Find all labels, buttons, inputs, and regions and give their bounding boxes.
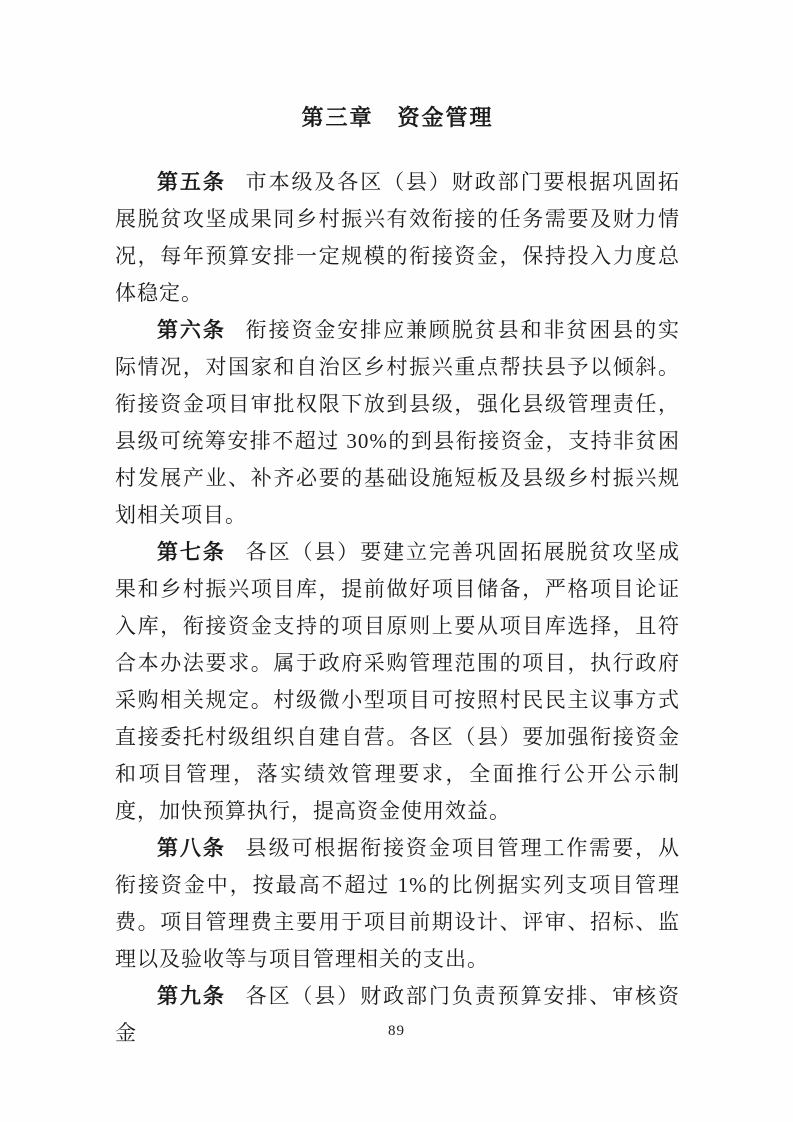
article-paragraph-8: 第八条县级可根据衔接资金项目管理工作需要，从衔接资金中，按最高不超过 1%的比例… bbox=[115, 830, 680, 978]
article-number-7: 第七条 bbox=[157, 540, 226, 564]
article-text-6: 衔接资金安排应兼顾脱贫县和非贫困县的实际情况，对国家和自治区乡村振兴重点帮扶县予… bbox=[115, 318, 680, 527]
article-paragraph-7: 第七条各区（县）要建立完善巩固拓展脱贫攻坚成果和乡村振兴项目库，提前做好项目储备… bbox=[115, 534, 680, 830]
article-paragraph-6: 第六条衔接资金安排应兼顾脱贫县和非贫困县的实际情况，对国家和自治区乡村振兴重点帮… bbox=[115, 312, 680, 534]
article-text-7: 各区（县）要建立完善巩固拓展脱贫攻坚成果和乡村振兴项目库，提前做好项目储备，严格… bbox=[115, 540, 680, 823]
page-content: 第三章 资金管理 第五条市本级及各区（县）财政部门要根据巩固拓展脱贫攻坚成果同乡… bbox=[115, 0, 680, 1052]
article-number-8: 第八条 bbox=[157, 836, 226, 860]
article-number-6: 第六条 bbox=[157, 318, 226, 342]
article-number-9: 第九条 bbox=[157, 984, 226, 1008]
chapter-title: 第三章 资金管理 bbox=[115, 99, 680, 137]
article-paragraph-9: 第九条各区（县）财政部门负责预算安排、审核资金 bbox=[115, 978, 680, 1052]
article-number-5: 第五条 bbox=[157, 170, 226, 194]
article-paragraph-5: 第五条市本级及各区（县）财政部门要根据巩固拓展脱贫攻坚成果同乡村振兴有效衔接的任… bbox=[115, 164, 680, 312]
page-number: 89 bbox=[0, 1023, 793, 1040]
document-page: 第三章 资金管理 第五条市本级及各区（县）财政部门要根据巩固拓展脱贫攻坚成果同乡… bbox=[0, 0, 793, 1122]
